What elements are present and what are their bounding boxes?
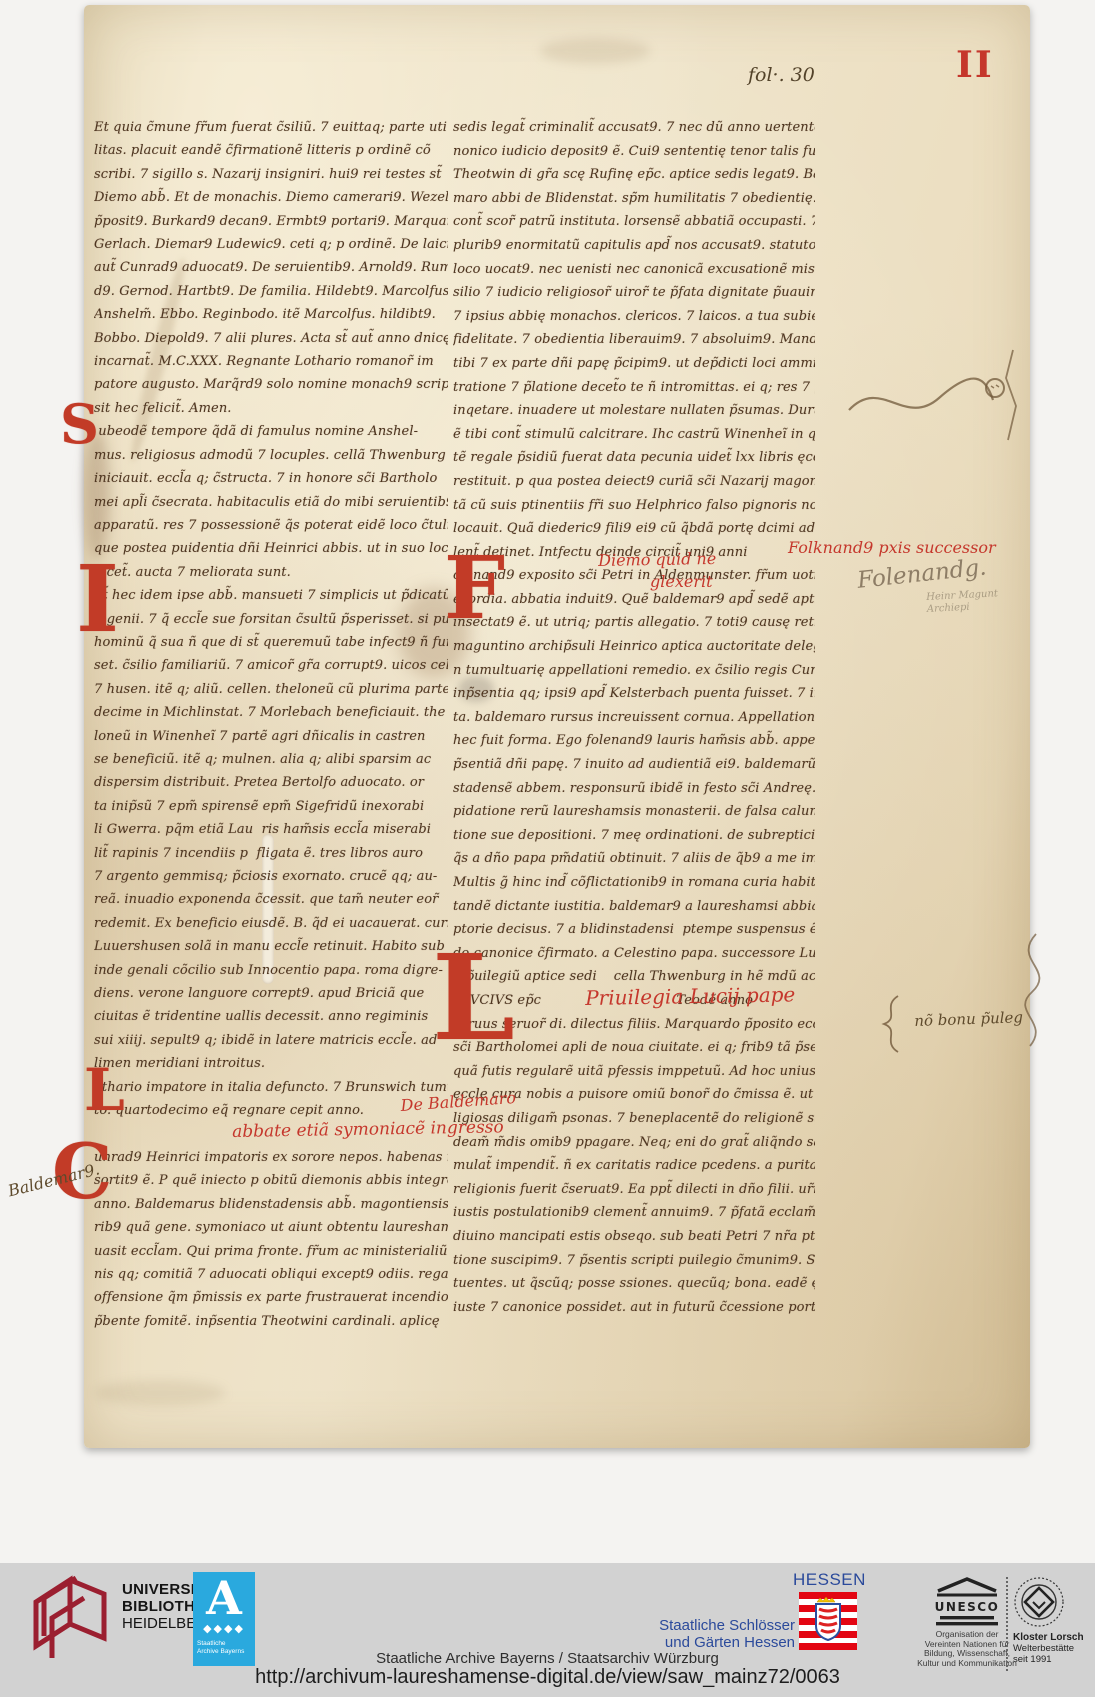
- manuscript-line: p̃bente fomitẽ. inp̃sentia Theotwini car…: [94, 1310, 448, 1333]
- manuscript-line: Anshelm̃. Ebbo. Reginbodo. itẽ Marcolfus…: [94, 303, 448, 326]
- manuscript-line: inde genali cõcilio sub Innocentio papa.…: [94, 959, 448, 982]
- manuscript-line: loneũ in Winenheĩ 7 partẽ agri dñicalis …: [94, 725, 448, 748]
- manuscript-line: Multis g̃ hinc ind̃ cõflictationib9 in r…: [453, 871, 815, 895]
- manuscript-line: othario impatore in italia defuncto. 7 B…: [94, 1076, 448, 1099]
- manuscript-line: mei apl̃i c̃secrata. habitaculis etiã do…: [94, 491, 448, 514]
- right-text-column: sedis legat̃ criminalit̃ accusat9. 7 nec…: [453, 116, 815, 1319]
- manuscript-line: nis qq; comitiã 7 aduocati obliqui excep…: [94, 1263, 448, 1286]
- manuscript-line: insectat9 ẽ. ut utriq; partis allegatio.…: [453, 611, 815, 635]
- manuscript-line: tione suscipim9. 7 p̃sentis scripti puil…: [453, 1249, 815, 1273]
- manuscript-line: tẽ regale p̃sidiũ fuerat data pecunia ui…: [453, 446, 815, 470]
- manuscript-line: diens. verone languore corrept9. apud Br…: [94, 982, 448, 1005]
- manuscript-line: ta. baldemaro rursus increuissent cornua…: [453, 706, 815, 730]
- manuscript-line: que postea puidentia dñi Heinrici abbis.…: [94, 537, 448, 560]
- manuscript-line: ingenii. 7 q̃ eccl̃e sue forsitan c̃sult…: [94, 608, 448, 631]
- manuscript-line: anno. Baldemarus blidenstadensis abb̃. m…: [94, 1193, 448, 1216]
- manuscript-line: offensione q̃m p̃missis ex parte frustra…: [94, 1286, 448, 1309]
- manuscript-line: Bobbo. Diepold9. 7 alii plures. Acta st̃…: [94, 327, 448, 350]
- manuscript-line: decime in Michlinstat. 7 Morlebach benef…: [94, 701, 448, 724]
- rubric-priuilegia-lucij: Priuilegia Lucij pape: [585, 982, 795, 1010]
- manuscript-line: reã. inuadio exponenda c̃cessit. que tam…: [94, 888, 448, 911]
- manuscript-line: nonico iudicio deposit9 ẽ. Cui9 sententi…: [453, 140, 815, 164]
- manuscript-line: uasit eccl̃am. Qui prima fronte. fr̃um a…: [94, 1240, 448, 1263]
- initial-I: I: [76, 560, 119, 638]
- manuscript-line: patore augusto. Marq̃rd9 solo nomine mon…: [94, 373, 448, 396]
- manuscript-line: rib9 quã gene. symoniaco ut aiunt obtent…: [94, 1216, 448, 1239]
- manuscript-line: iustis postulationib9 clement̃ annuim9. …: [453, 1201, 815, 1225]
- manuscript-line: tratione 7 p̃latione decet̃o te ñ introm…: [453, 376, 815, 400]
- unesco-logo-icon: UNESCO: [934, 1576, 1000, 1628]
- manuscript-line: scribi. 7 sigillo s. Nazarij insigniri. …: [94, 163, 448, 186]
- manuscript-line: 7 argento gemmisq; p̃ciosis exornato. cr…: [94, 865, 448, 888]
- manuscript-line: deam̃ m̃dis omib9 ppagare. Neq; eni do g…: [453, 1131, 815, 1155]
- note-heinr-magunt: Heinr Magunt Archiepi: [926, 588, 1011, 615]
- svg-text:UNESCO: UNESCO: [935, 1600, 1000, 1614]
- manuscript-line: diuino mancipati estis obseqo. sub beati…: [453, 1225, 815, 1249]
- manuscript-line: cont̃ scor̃ patrũ instituta. lorsensẽ ab…: [453, 210, 815, 234]
- manuscript-line: hec fuit forma. Ego folenand9 lauris ham…: [453, 729, 815, 753]
- manuscript-line: ligiosas diligam̃ psonas. 7 beneplacentẽ…: [453, 1107, 815, 1131]
- rubric-folknand-successor: Folknand9 pxis successor: [788, 538, 996, 557]
- manuscript-line: locauit. Quã diederic9 fili9 ei9 cũ q̃bd…: [453, 517, 815, 541]
- manuscript-line: Gerlach. Diemar9 Ludewic9. ceti q; p ord…: [94, 233, 448, 256]
- bayern-diamonds-icon: ◆◆◆◆: [203, 1624, 245, 1634]
- manuscript-line: plurib9 enormitatũ capitulis apd̃ nos ac…: [453, 234, 815, 258]
- manuscript-line: ubeodẽ tempore q̃dã di famulus nomine An…: [94, 420, 448, 443]
- manuscript-line: ta inip̃sũ 7 epm̃ spirensẽ epm̃ Sigefrid…: [94, 795, 448, 818]
- manuscript-line: limen meridiani introitus.: [94, 1052, 448, 1075]
- brace-doodle: [874, 994, 908, 1054]
- manuscript-line: redemit. Ex beneficio eiusdẽ. B. q̃d ei …: [94, 912, 448, 935]
- manuscript-line: 7 husen. itẽ q; aliũ. cellen. theloneũ c…: [94, 678, 448, 701]
- manuscript-line: religionis fuerit c̃seruat9. Ea ppt̃ dil…: [453, 1178, 815, 1202]
- manuscript-line: se beneficiũ. itẽ q; mulnen. alia q; ali…: [94, 748, 448, 771]
- initial-F-folenand: F: [444, 552, 505, 625]
- manuscript-line: litas. placuit eandẽ c̃firmationẽ litter…: [94, 139, 448, 162]
- rubric-diemo-line1: Diemo quid ne: [598, 549, 716, 570]
- quire-mark: II: [956, 44, 994, 86]
- initial-S: S: [60, 402, 99, 448]
- manuscript-line: q̃s a dño papa pm̃datiũ obtinuit. 7 alii…: [453, 847, 815, 871]
- manuscript-line: sedis legat̃ criminalit̃ accusat9. 7 nec…: [453, 116, 815, 140]
- manicule-doodle: [845, 348, 1023, 444]
- manuscript-line: pidatione rerũ laureshamsis monasterii. …: [453, 800, 815, 824]
- manuscript-line: sit hec felicit̃. Amen.: [94, 397, 448, 420]
- credit-line: Staatliche Archive Bayerns / Staatsarchi…: [0, 1650, 1095, 1667]
- hessen-flag-icon: [799, 1592, 857, 1650]
- manuscript-line: p̃sentiã dñi papę. 7 inuito ad audientiã…: [453, 753, 815, 777]
- manuscript-line: fidelitate. 7 obedientia liberauim9. 7 a…: [453, 328, 815, 352]
- hessen-title: HESSEN: [793, 1570, 863, 1590]
- manuscript-line: tã cũ suis ptinentiis fr̃i suo Helphrico…: [453, 494, 815, 518]
- manuscript-line: inp̃sentia qq; ipsi9 apd̃ Kelsterbach pu…: [453, 682, 815, 706]
- manuscript-line: mus. religiosus admodũ 7 locuples. cellã…: [94, 444, 448, 467]
- manuscript-line: Luuershusen solã in manu eccl̃e retinuit…: [94, 935, 448, 958]
- manuscript-line: Theotwin di gr̃a scę Rufinę ep̃c. aptice…: [453, 163, 815, 187]
- manuscript-line: tione sue depositioni. 7 meę ordinationi…: [453, 824, 815, 848]
- initial-L-lothario: L: [84, 1066, 125, 1115]
- manuscript-line: lit̃ rapinis 7 incendiis p fligata ẽ. tr…: [94, 842, 448, 865]
- manuscript-line: set. c̃silio familiariũ. 7 amicor̃ gr̃a …: [94, 654, 448, 677]
- manuscript-line: tuentes. ut q̃scũq; posse ssiones. quecũ…: [453, 1272, 815, 1296]
- manuscript-line: dispersim distribuit. Pretea Bertolfo ad…: [94, 771, 448, 794]
- manuscript-line: loco uocat9. nec uenisti nec canonicã ex…: [453, 258, 815, 282]
- manuscript-line: n tumultuarię appellationi remedio. ex c…: [453, 659, 815, 683]
- manuscript-line: aut̃ Cunrad9 aduocat9. De seruientib9. A…: [94, 256, 448, 279]
- manuscript-line: Diemo abb̃. Et de monachis. Diemo camera…: [94, 186, 448, 209]
- rubric-diemo-line2: glexerit: [650, 572, 713, 591]
- manuscript-line: ecordia. abbatia induit9. Quẽ baldemar9 …: [453, 588, 815, 612]
- folio-number: fol·. 30: [748, 64, 815, 86]
- flourish-doodle: [1006, 930, 1060, 1050]
- manuscript-line: silio 7 iudicio religiosor̃ uiror̃ te p̃…: [453, 281, 815, 305]
- manuscript-line: nt̃ hec idem ipse abb̃. mansueti 7 simpl…: [94, 584, 448, 607]
- manuscript-line: ciuitas ẽ tridentine uallis decessit. an…: [94, 1005, 448, 1028]
- manuscript-line: inqetare. inuadere ut molestare nullaten…: [453, 399, 815, 423]
- hessen-org-text: Staatliche Schlösser und Gärten Hessen: [560, 1617, 795, 1651]
- manuscript-line: tandẽ dictante iustitia. baldemar9 a lau…: [453, 895, 815, 919]
- initial-L-lucius: L: [432, 948, 515, 1048]
- left-text-column: Et quia c̃mune fr̃um fuerat c̃siliũ. 7 e…: [94, 116, 448, 1333]
- kloster-lorsch-seal-icon: [1013, 1576, 1065, 1628]
- manuscript-line: incarnat̃. M.C.XXX. Regnante Lothario ro…: [94, 350, 448, 373]
- manuscript-line: apparatũ. res 7 possessionẽ q̃s poterat …: [94, 514, 448, 537]
- manuscript-line: p̃posit9. Burkard9 decan9. Ermbt9 portar…: [94, 210, 448, 233]
- manuscript-line: li Gwerra. pq̃m etiã Lau ris ham̃sis ecc…: [94, 818, 448, 841]
- manuscript-line: sortit9 ẽ. P quẽ iniecto p obitũ diemoni…: [94, 1169, 448, 1192]
- manuscript-line: stadensẽ abbem. responsurũ ibidẽ in fest…: [453, 777, 815, 801]
- manuscript-line: Et quia c̃mune fr̃um fuerat c̃siliũ. 7 e…: [94, 116, 448, 139]
- manuscript-line: iuste 7 canonice possidet. aut in futurũ…: [453, 1296, 815, 1320]
- manuscript-line: maro abbi de Blidenstat. sp̃m humilitati…: [453, 187, 815, 211]
- manuscript-line: mulat̃ impendit̃. ñ ex caritatis radice …: [453, 1154, 815, 1178]
- manuscript-line: ẽ tibi cont̃ stimulũ calcitrare. Ihc cas…: [453, 423, 815, 447]
- manuscript-line: tibi 7 ex parte dñi papę p̃cipim9. ut de…: [453, 352, 815, 376]
- manuscript-line: d9. Gernod. Hartbt9. De familia. Hildebt…: [94, 280, 448, 303]
- manuscript-line: iniciauit. eccl̃a q; c̃structa. 7 in hon…: [94, 467, 448, 490]
- manuscript-line: dicet̃. aucta 7 meliorata sunt.: [94, 561, 448, 584]
- manuscript-line: hominũ q̃ sua ñ que di st̃ queremuũ tabe…: [94, 631, 448, 654]
- source-url: http://archivum-laureshamense-digital.de…: [0, 1666, 1095, 1689]
- manuscript-line: unrad9 Heinrici impatoris ex sorore nepo…: [94, 1146, 448, 1169]
- bayern-a-letter: A: [206, 1572, 242, 1624]
- manuscript-line: restituit. p qua postea deiect9 curiã sc…: [453, 470, 815, 494]
- manuscript-line: 7 ipsius abbię monachos. clericos. 7 lai…: [453, 305, 815, 329]
- manuscript-line: sui xiiij. sepult9 q; ibidẽ in latere ma…: [94, 1029, 448, 1052]
- manuscript-line: maguntino archip̃suli Heinrico aptica au…: [453, 635, 815, 659]
